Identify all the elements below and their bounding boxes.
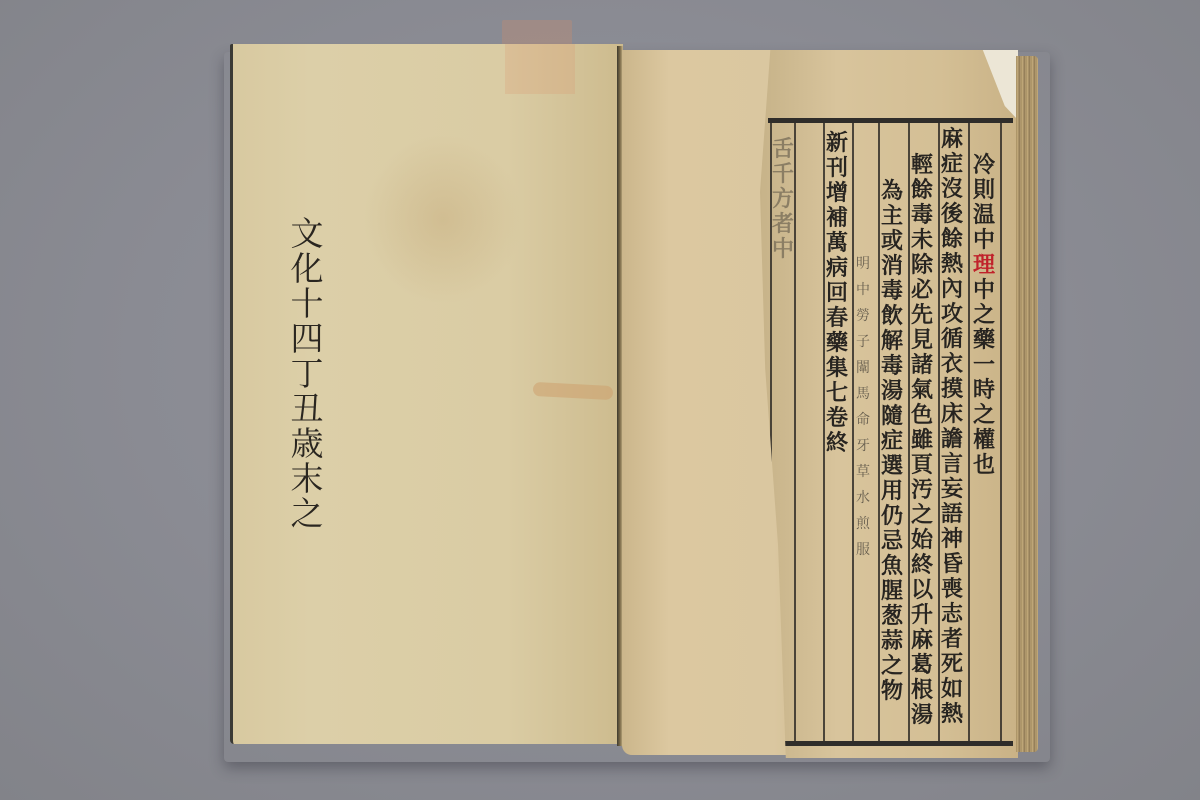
inscription-char: 四 xyxy=(291,321,324,356)
text-char: 未 xyxy=(911,228,933,253)
title-char: 卷 xyxy=(826,406,848,431)
text-char: 色 xyxy=(911,403,933,428)
text-char: 權 xyxy=(973,428,995,453)
title-char: 回 xyxy=(826,281,848,306)
left-page: 文 化 十 四 丁 丑 歳 末 之 xyxy=(230,44,623,744)
text-char: 循 xyxy=(941,327,963,352)
text-char: 餘 xyxy=(941,227,963,252)
text-char: 隨 xyxy=(881,404,903,429)
text-char: 麻 xyxy=(941,127,963,152)
text-char: 之 xyxy=(973,303,995,328)
text-char: 昏 xyxy=(941,552,963,577)
text-char: 餘 xyxy=(911,178,933,203)
inscription-char: 十 xyxy=(291,286,324,321)
text-char: 譫 xyxy=(941,427,963,452)
text-char: 先 xyxy=(911,303,933,328)
text-char: 氣 xyxy=(911,378,933,403)
title-char: 補 xyxy=(826,206,848,231)
page-edges-stack xyxy=(1016,56,1038,752)
small-char: 明 xyxy=(856,251,870,277)
text-char: 麻 xyxy=(911,628,933,653)
text-char: 摸 xyxy=(941,377,963,402)
text-char: 則 xyxy=(973,178,995,203)
text-char: 飲 xyxy=(881,304,903,329)
text-char: 雖 xyxy=(911,428,933,453)
column-rule xyxy=(852,123,854,741)
text-char: 語 xyxy=(941,502,963,527)
column-rule xyxy=(794,123,796,741)
small-char: 勞 xyxy=(856,303,870,329)
text-char: 毒 xyxy=(881,279,903,304)
text-char: 神 xyxy=(941,527,963,552)
text-char: 腥 xyxy=(881,579,903,604)
title-column: 新 刊 增 補 萬 病 回 春 藥 集 七 卷 終 xyxy=(826,131,848,456)
title-char: 春 xyxy=(826,306,848,331)
text-char: 葱 xyxy=(881,604,903,629)
small-char: 水 xyxy=(856,485,870,511)
title-char: 七 xyxy=(826,381,848,406)
text-char: 如 xyxy=(941,677,963,702)
text-char: 一 xyxy=(973,353,995,378)
text-char: 喪 xyxy=(941,577,963,602)
text-char: 選 xyxy=(881,454,903,479)
text-char: 床 xyxy=(941,402,963,427)
text-char: 輕 xyxy=(911,153,933,178)
print-frame: 舌 千 方 者 中 新 刊 增 補 萬 病 回 春 藥 集 七 卷 終 明 中 … xyxy=(768,118,1013,746)
text-char: 必 xyxy=(911,278,933,303)
text-column-1: 冷 則 温 中 理 中 之 藥 一 時 之 權 也 xyxy=(973,153,995,478)
column-rule xyxy=(823,123,825,741)
text-char: 志 xyxy=(941,602,963,627)
text-char: 為 xyxy=(881,179,903,204)
text-char: 衣 xyxy=(941,352,963,377)
faded-seal-stamp-overlay xyxy=(505,44,575,94)
text-char: 之 xyxy=(881,654,903,679)
text-char: 毒 xyxy=(881,354,903,379)
column-rule xyxy=(1000,123,1002,741)
small-char: 牙 xyxy=(856,433,870,459)
column-rule xyxy=(938,123,940,741)
text-char: 汚 xyxy=(911,478,933,503)
text-char: 以 xyxy=(911,578,933,603)
text-char: 中 xyxy=(973,228,995,253)
text-char: 藥 xyxy=(973,328,995,353)
text-char: 見 xyxy=(911,328,933,353)
faded-column: 舌 千 方 者 中 xyxy=(772,137,794,262)
text-char: 仍 xyxy=(881,504,903,529)
faded-char: 舌 xyxy=(772,137,794,162)
inscription-char: 歳 xyxy=(291,426,324,461)
text-char: 升 xyxy=(911,603,933,628)
text-char: 之 xyxy=(911,503,933,528)
text-char: 時 xyxy=(973,378,995,403)
text-char: 蒜 xyxy=(881,629,903,654)
text-char: 死 xyxy=(941,652,963,677)
printed-page: 舌 千 方 者 中 新 刊 增 補 萬 病 回 春 藥 集 七 卷 終 明 中 … xyxy=(760,50,1018,758)
text-char: 解 xyxy=(881,329,903,354)
title-char: 藥 xyxy=(826,331,848,356)
text-char: 症 xyxy=(881,429,903,454)
small-char: 服 xyxy=(856,537,870,563)
small-char: 闈 xyxy=(856,355,870,381)
paper-stain xyxy=(363,134,523,304)
title-char: 集 xyxy=(826,356,848,381)
text-column-4: 為 主 或 消 毒 飲 解 毒 湯 隨 症 選 用 仍 忌 魚 腥 葱 蒜 之 … xyxy=(881,179,903,704)
text-char: 熱 xyxy=(941,702,963,727)
faded-char: 方 xyxy=(772,187,794,212)
text-char: 湯 xyxy=(881,379,903,404)
text-char: 主 xyxy=(881,204,903,229)
text-char: 諸 xyxy=(911,353,933,378)
column-rule xyxy=(968,123,970,741)
text-char: 根 xyxy=(911,678,933,703)
faded-char: 中 xyxy=(772,237,794,262)
text-char: 消 xyxy=(881,254,903,279)
inscription-char: 之 xyxy=(291,496,324,531)
text-char: 攻 xyxy=(941,302,963,327)
paper-stain-streak xyxy=(533,382,614,400)
text-char: 毒 xyxy=(911,203,933,228)
text-char: 中 xyxy=(973,278,995,303)
small-char: 煎 xyxy=(856,511,870,537)
text-char: 温 xyxy=(973,203,995,228)
faded-char: 千 xyxy=(772,162,794,187)
text-char: 熱 xyxy=(941,252,963,277)
small-char: 草 xyxy=(856,459,870,485)
title-char: 新 xyxy=(826,131,848,156)
text-char: 內 xyxy=(941,277,963,302)
text-char: 始 xyxy=(911,528,933,553)
torn-corner xyxy=(974,50,1018,120)
inscription-char: 丁 xyxy=(291,356,324,391)
text-column-3: 輕 餘 毒 未 除 必 先 見 諸 氣 色 雖 頁 汚 之 始 終 以 升 麻 … xyxy=(911,153,933,728)
text-char: 妄 xyxy=(941,477,963,502)
handwritten-inscription: 文 化 十 四 丁 丑 歳 末 之 xyxy=(285,216,329,531)
text-char: 除 xyxy=(911,253,933,278)
inscription-char: 丑 xyxy=(291,391,324,426)
small-char: 中 xyxy=(856,277,870,303)
text-char: 沒 xyxy=(941,177,963,202)
text-char: 葛 xyxy=(911,653,933,678)
text-char: 者 xyxy=(941,627,963,652)
text-char: 魚 xyxy=(881,554,903,579)
text-char: 終 xyxy=(911,553,933,578)
title-char: 增 xyxy=(826,181,848,206)
small-annotation-column: 明 中 勞 子 闈 馬 命 牙 草 水 煎 服 xyxy=(856,251,870,563)
text-char: 也 xyxy=(973,453,995,478)
text-char: 症 xyxy=(941,152,963,177)
text-char: 忌 xyxy=(881,529,903,554)
inscription-char: 化 xyxy=(291,251,324,286)
column-rule xyxy=(908,123,910,741)
text-char: 冷 xyxy=(973,153,995,178)
red-annotation-char: 理 xyxy=(973,253,995,278)
text-char: 或 xyxy=(881,229,903,254)
title-char: 病 xyxy=(826,256,848,281)
text-char: 湯 xyxy=(911,703,933,728)
small-char: 命 xyxy=(856,407,870,433)
text-char: 頁 xyxy=(911,453,933,478)
title-char: 終 xyxy=(826,431,848,456)
text-char: 物 xyxy=(881,679,903,704)
text-char: 之 xyxy=(973,403,995,428)
text-column-2: 麻 症 沒 後 餘 熱 內 攻 循 衣 摸 床 譫 言 妄 語 神 昏 喪 志 … xyxy=(941,127,963,727)
title-char: 刊 xyxy=(826,156,848,181)
faded-char: 者 xyxy=(772,212,794,237)
small-char: 子 xyxy=(856,329,870,355)
small-char: 馬 xyxy=(856,381,870,407)
title-char: 萬 xyxy=(826,231,848,256)
inscription-char: 末 xyxy=(291,461,324,496)
inscription-char: 文 xyxy=(291,216,324,251)
text-char: 言 xyxy=(941,452,963,477)
column-rule xyxy=(878,123,880,741)
text-char: 用 xyxy=(881,479,903,504)
text-char: 後 xyxy=(941,202,963,227)
